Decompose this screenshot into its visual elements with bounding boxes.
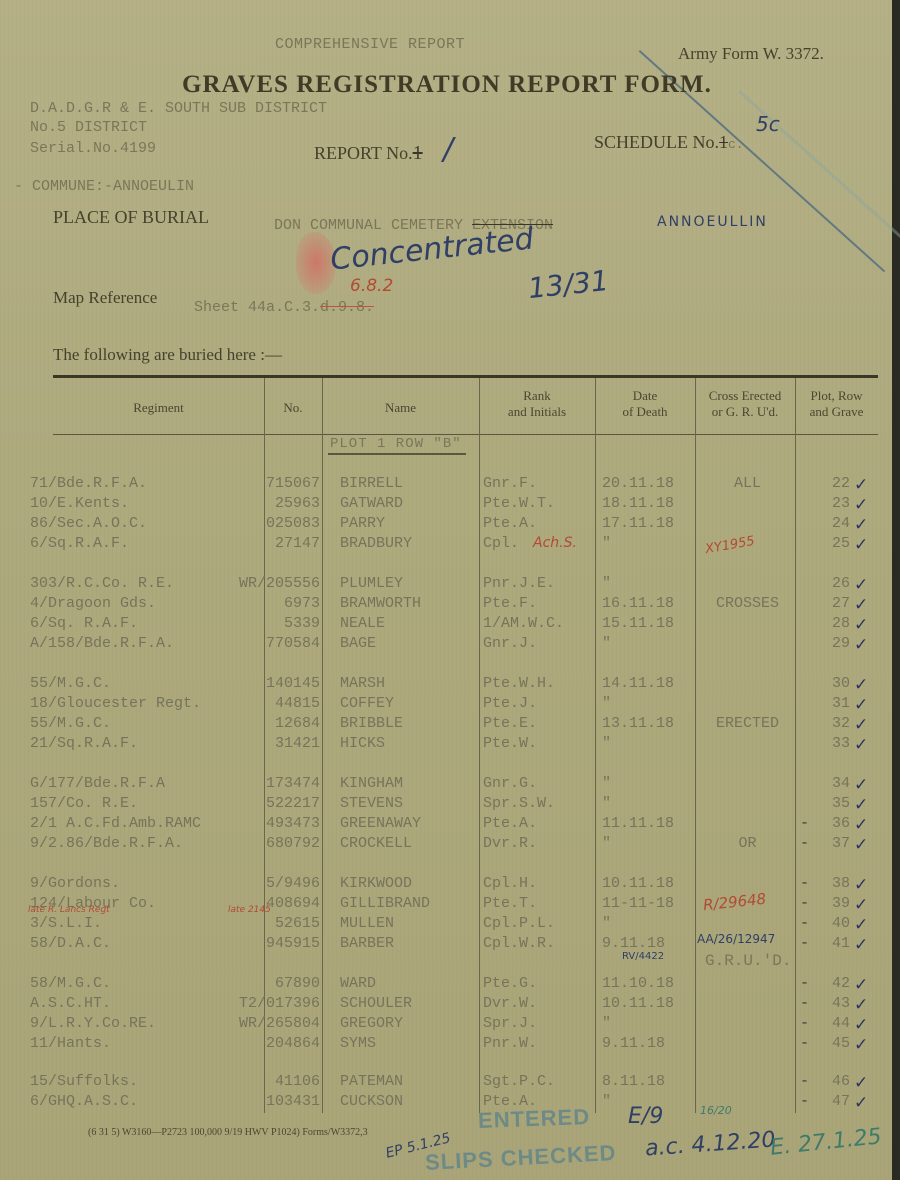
table-row: 6/Sq.R.A.F.27147BRADBURYCpl."25✓	[0, 535, 900, 555]
service-number-cell: 67890	[275, 975, 320, 992]
grave-number-cell: 46	[822, 1073, 850, 1090]
dash-mark: -	[800, 815, 809, 832]
service-number-cell: 5/9496	[266, 875, 320, 892]
check-mark-icon: ✓	[854, 675, 868, 695]
dash-mark: -	[800, 1073, 809, 1090]
regiment-cell: 11/Hants.	[30, 1035, 111, 1052]
regiment-cell: 4/Dragoon Gds.	[30, 595, 156, 612]
table-row: 11/Hants.204864SYMSPnr.W.9.11.18-45✓	[0, 1035, 900, 1055]
check-mark-icon: ✓	[854, 635, 868, 655]
table-row: 10/E.Kents.25963GATWARDPte.W.T.18.11.182…	[0, 495, 900, 515]
service-number-cell: 52615	[275, 915, 320, 932]
regiment-cell: 9/Gordons.	[30, 875, 120, 892]
regiment-cell: 9/L.R.Y.Co.RE.	[30, 1015, 156, 1032]
table-row: 6/GHQ.A.S.C.103431CUCKSONPte.A."-47✓	[0, 1093, 900, 1113]
service-number-cell: 41106	[275, 1073, 320, 1090]
cross-erected-cell: CROSSES	[700, 595, 795, 612]
rank-cell: Gnr.F.	[483, 475, 537, 492]
regiment-cell: 9/2.86/Bde.R.F.A.	[30, 835, 183, 852]
service-number-cell: 12684	[275, 715, 320, 732]
table-row: 303/R.C.Co. R.E.WR/205556PLUMLEYPnr.J.E.…	[0, 575, 900, 595]
name-cell: CROCKELL	[340, 835, 412, 852]
checked-handwriting-2: E. 27.1.25	[769, 1124, 883, 1161]
header-date-line1: Date	[595, 388, 695, 404]
grave-number-cell: 32	[822, 715, 850, 732]
schedule-struck-value: 1	[719, 132, 728, 152]
serial-number: Serial.No.4199	[30, 140, 156, 157]
date-of-death-cell: 9.11.18	[602, 1035, 665, 1052]
check-mark-icon: ✓	[854, 775, 868, 795]
check-mark-icon: ✓	[854, 915, 868, 935]
commune-line: - COMMUNE:-ANNOEULIN	[14, 178, 194, 195]
table-row: 9/L.R.Y.Co.RE.WR/265804GREGORYSpr.J."-44…	[0, 1015, 900, 1035]
rank-cell: Pte.A.	[483, 515, 537, 532]
service-number-cell: 6973	[284, 595, 320, 612]
dash-mark: -	[800, 975, 809, 992]
check-mark-icon: ✓	[854, 615, 868, 635]
rank-cell: Cpl.H.	[483, 875, 537, 892]
service-number-cell: 680792	[266, 835, 320, 852]
concentrated-date: 13/31	[526, 264, 610, 305]
dash-mark: -	[800, 915, 809, 932]
regiment-cell: 10/E.Kents.	[30, 495, 129, 512]
date-of-death-cell: 10.11.18	[602, 995, 674, 1012]
regiment-cell: 6/GHQ.A.S.C.	[30, 1093, 138, 1110]
regiment-cell: 55/M.G.C.	[30, 675, 111, 692]
regiment-cell: 58/M.G.C.	[30, 975, 111, 992]
date-of-death-cell: 15.11.18	[602, 615, 674, 632]
date-of-death-cell: 9.11.18	[602, 935, 665, 952]
grave-number-cell: 24	[822, 515, 850, 532]
date-of-death-cell: 13.11.18	[602, 715, 674, 732]
entered-date: 16/20	[700, 1104, 732, 1117]
regiment-cell: 3/S.L.I.	[30, 915, 102, 932]
rank-cell: Pte.J.	[483, 695, 537, 712]
dash-mark: -	[800, 1015, 809, 1032]
grave-number-cell: 39	[822, 895, 850, 912]
service-number-cell: 522217	[266, 795, 320, 812]
rank-cell: Pte.W.H.	[483, 675, 555, 692]
service-number-cell: 25963	[275, 495, 320, 512]
regiment-cell: 303/R.C.Co. R.E.	[30, 575, 174, 592]
gruid-note: G.R.U.'D.	[705, 952, 791, 970]
check-mark-icon: ✓	[854, 1073, 868, 1093]
name-cell: STEVENS	[340, 795, 403, 812]
schedule-number: SCHEDULE No.1c.	[594, 132, 744, 153]
table-row: 55/M.G.C.140145MARSHPte.W.H.14.11.1830✓	[0, 675, 900, 695]
printer-imprint: (6 31 5) W3160—P2723 100,000 9/19 HWV P1…	[88, 1127, 368, 1138]
check-mark-icon: ✓	[854, 1015, 868, 1035]
table-row: 15/Suffolks.41106PATEMANSgt.P.C.8.11.18-…	[0, 1073, 900, 1093]
report-number: REPORT No.1 /	[314, 132, 453, 167]
service-number-cell: 493473	[266, 815, 320, 832]
check-mark-icon: ✓	[854, 995, 868, 1015]
rank-cell: Pte.G.	[483, 975, 537, 992]
date-of-death-cell: "	[602, 1015, 611, 1032]
rank-cell: Spr.J.	[483, 1015, 537, 1032]
regiment-cell: 71/Bde.R.F.A.	[30, 475, 147, 492]
table-row: 4/Dragoon Gds.6973BRAMWORTHPte.F.16.11.1…	[0, 595, 900, 615]
name-cell: PARRY	[340, 515, 385, 532]
service-number-cell: T2/017396	[239, 995, 320, 1012]
schedule-label: SCHEDULE No.	[594, 132, 719, 152]
place-of-burial-label: PLACE OF BURIAL	[53, 207, 209, 228]
report-struck-value: 1	[413, 142, 423, 164]
service-number-cell: 715067	[266, 475, 320, 492]
header-cross: Cross Erectedor G. R. U'd.	[695, 388, 795, 420]
grave-number-cell: 22	[822, 475, 850, 492]
table-row: A/158/Bde.R.F.A.770584BAGEGnr.J."29✓	[0, 635, 900, 655]
date-of-death-cell: "	[602, 635, 611, 652]
grave-number-cell: 36	[822, 815, 850, 832]
service-number-cell: 945915	[266, 935, 320, 952]
form-title: GRAVES REGISTRATION REPORT FORM.	[182, 71, 712, 99]
service-number-cell: 140145	[266, 675, 320, 692]
regiment-cell: 6/Sq.R.A.F.	[30, 535, 129, 552]
check-mark-icon: ✓	[854, 575, 868, 595]
name-cell: BARBER	[340, 935, 394, 952]
rank-cell: Pnr.W.	[483, 1035, 537, 1052]
rank-cell: Sgt.P.C.	[483, 1073, 555, 1090]
date-of-death-cell: 18.11.18	[602, 495, 674, 512]
grave-number-cell: 37	[822, 835, 850, 852]
name-cell: HICKS	[340, 735, 385, 752]
district-line: No.5 DISTRICT	[30, 119, 147, 136]
date-of-death-cell: 10.11.18	[602, 875, 674, 892]
dash-mark: -	[800, 1093, 809, 1110]
date-of-death-cell: 16.11.18	[602, 595, 674, 612]
check-mark-icon: ✓	[854, 515, 868, 535]
rank-cell: Pte.F.	[483, 595, 537, 612]
table-row: 157/Co. R.E.522217STEVENSSpr.S.W."35✓	[0, 795, 900, 815]
date-of-death-cell: 11.11.18	[602, 815, 674, 832]
date-of-death-cell: "	[602, 695, 611, 712]
date-of-death-cell: 20.11.18	[602, 475, 674, 492]
barber-cross-annotation: AA/26/12947	[697, 932, 775, 946]
name-cell: KIRKWOOD	[340, 875, 412, 892]
slips-checked-stamp: SLIPS CHECKED	[424, 1140, 617, 1176]
rank-cell: Spr.S.W.	[483, 795, 555, 812]
grave-number-cell: 27	[822, 595, 850, 612]
header-regiment: Regiment	[53, 400, 264, 416]
grave-number-cell: 35	[822, 795, 850, 812]
date-of-death-cell: "	[602, 795, 611, 812]
map-struck-ref: d.9.8.	[320, 299, 374, 316]
cross-erected-cell: OR	[700, 835, 795, 852]
check-mark-icon: ✓	[854, 695, 868, 715]
check-mark-icon: ✓	[854, 1093, 868, 1113]
name-cell: PLUMLEY	[340, 575, 403, 592]
grave-number-cell: 29	[822, 635, 850, 652]
check-mark-icon: ✓	[854, 875, 868, 895]
check-mark-icon: ✓	[854, 495, 868, 515]
grave-number-cell: 45	[822, 1035, 850, 1052]
name-cell: PATEMAN	[340, 1073, 403, 1090]
grave-number-cell: 23	[822, 495, 850, 512]
name-cell: GATWARD	[340, 495, 403, 512]
regiment-cell: 2/1 A.C.Fd.Amb.RAMC	[30, 815, 201, 832]
checked-handwriting: a.c. 4.12.20	[644, 1127, 776, 1161]
rank-cell: Pte.W.	[483, 735, 537, 752]
name-cell: NEALE	[340, 615, 385, 632]
regiment-cell: 157/Co. R.E.	[30, 795, 138, 812]
date-of-death-cell: 11.10.18	[602, 975, 674, 992]
regiment-cell: G/177/Bde.R.F.A	[30, 775, 165, 792]
grave-number-cell: 25	[822, 535, 850, 552]
header-date: Dateof Death	[595, 388, 695, 420]
name-cell: SCHOULER	[340, 995, 412, 1012]
name-cell: CUCKSON	[340, 1093, 403, 1110]
map-sheet: Sheet 44a.C.3.	[194, 299, 320, 316]
name-cell: MARSH	[340, 675, 385, 692]
name-cell: MULLEN	[340, 915, 394, 932]
check-mark-icon: ✓	[854, 535, 868, 555]
rank-cell: Pte.W.T.	[483, 495, 555, 512]
check-mark-icon: ✓	[854, 1035, 868, 1055]
bradbury-rank-annotation: Ach.S.	[533, 535, 577, 551]
map-correction: 6.8.2	[350, 276, 393, 296]
dash-mark: -	[800, 1035, 809, 1052]
dash-mark: -	[800, 895, 809, 912]
check-mark-icon: ✓	[854, 975, 868, 995]
table-row: 18/Gloucester Regt.44815COFFEYPte.J."31✓	[0, 695, 900, 715]
map-reference-label: Map Reference	[53, 288, 157, 308]
header-grave: Plot, Rowand Grave	[795, 388, 878, 420]
service-number-cell: WR/265804	[239, 1015, 320, 1032]
cross-erected-cell: ALL	[700, 475, 795, 492]
regiment-cell: 55/M.G.C.	[30, 715, 111, 732]
plot-row-label: PLOT 1 ROW "B"	[328, 436, 466, 455]
office-line: D.A.D.G.R & E. SOUTH SUB DISTRICT	[30, 100, 327, 117]
name-cell: BIRRELL	[340, 475, 403, 492]
rank-cell: Cpl.	[483, 535, 519, 552]
name-cell: BRADBURY	[340, 535, 412, 552]
name-cell: WARD	[340, 975, 376, 992]
report-handwritten-value: /	[443, 132, 453, 167]
rank-cell: Pnr.J.E.	[483, 575, 555, 592]
regiment-cell: 15/Suffolks.	[30, 1073, 138, 1090]
schedule-suffix: c.	[728, 137, 744, 152]
table-row: 21/Sq.R.A.F.31421HICKSPte.W."33✓	[0, 735, 900, 755]
regiment-cell: 6/Sq. R.A.F.	[30, 615, 138, 632]
rank-cell: Gnr.J.	[483, 635, 537, 652]
header-cross-line1: Cross Erected	[695, 388, 795, 404]
comprehensive-report-label: COMPREHENSIVE REPORT	[275, 36, 465, 53]
header-no: No.	[264, 400, 322, 416]
grave-number-cell: 26	[822, 575, 850, 592]
date-of-death-cell: 14.11.18	[602, 675, 674, 692]
regiment-cell: A/158/Bde.R.F.A.	[30, 635, 174, 652]
dash-mark: -	[800, 875, 809, 892]
dash-mark: -	[800, 935, 809, 952]
check-mark-icon: ✓	[854, 475, 868, 495]
date-of-death-cell: "	[602, 835, 611, 852]
grave-number-cell: 44	[822, 1015, 850, 1032]
table-row: 86/Sec.A.O.C.025083PARRYPte.A.17.11.1824…	[0, 515, 900, 535]
service-number-cell: 204864	[266, 1035, 320, 1052]
table-row: 2/1 A.C.Fd.Amb.RAMC493473GREENAWAYPte.A.…	[0, 815, 900, 835]
service-number-cell: 770584	[266, 635, 320, 652]
table-header-rule	[53, 434, 878, 435]
name-cell: BRAMWORTH	[340, 595, 421, 612]
service-number-cell: 103431	[266, 1093, 320, 1110]
table-row: 6/Sq. R.A.F.5339NEALE1/AM.W.C.15.11.1828…	[0, 615, 900, 635]
check-mark-icon: ✓	[854, 715, 868, 735]
table-top-rule	[53, 375, 878, 378]
service-number-cell: 31421	[275, 735, 320, 752]
service-number-cell: 27147	[275, 535, 320, 552]
grave-number-cell: 42	[822, 975, 850, 992]
entered-stamp: ENTERED	[478, 1104, 591, 1134]
service-number-cell: 025083	[266, 515, 320, 532]
name-cell: SYMS	[340, 1035, 376, 1052]
rank-cell: Cpl.P.L.	[483, 915, 555, 932]
grave-number-cell: 30	[822, 675, 850, 692]
grave-number-cell: 31	[822, 695, 850, 712]
check-mark-icon: ✓	[854, 835, 868, 855]
header-cross-line2: or G. R. U'd.	[695, 404, 795, 420]
header-name: Name	[322, 400, 479, 416]
table-row: G/177/Bde.R.F.A173474KINGHAMGnr.G."34✓	[0, 775, 900, 795]
header-grave-line1: Plot, Row	[795, 388, 878, 404]
date-of-death-cell: "	[602, 1093, 611, 1110]
table-row: 71/Bde.R.F.A.715067BIRRELLGnr.F.20.11.18…	[0, 475, 900, 495]
grave-number-cell: 41	[822, 935, 850, 952]
check-mark-icon: ✓	[854, 815, 868, 835]
check-mark-icon: ✓	[854, 735, 868, 755]
buried-here-label: The following are buried here :—	[53, 345, 282, 365]
army-form-number: Army Form W. 3372.	[678, 44, 824, 64]
barber-date-annotation: RV/4422	[622, 951, 664, 962]
service-number-cell: WR/205556	[239, 575, 320, 592]
name-cell: GREENAWAY	[340, 815, 421, 832]
rank-cell: Dvr.W.	[483, 995, 537, 1012]
check-mark-icon: ✓	[854, 795, 868, 815]
name-cell: KINGHAM	[340, 775, 403, 792]
place-handwritten: ANNOEULLIN	[657, 214, 768, 230]
regiment-cell: 18/Gloucester Regt.	[30, 695, 201, 712]
date-of-death-cell: 8.11.18	[602, 1073, 665, 1090]
grave-number-cell: 28	[822, 615, 850, 632]
grave-number-cell: 43	[822, 995, 850, 1012]
rank-cell: Gnr.G.	[483, 775, 537, 792]
rank-cell: Pte.E.	[483, 715, 537, 732]
name-cell: BRIBBLE	[340, 715, 403, 732]
name-cell: GREGORY	[340, 1015, 403, 1032]
table-row: A.S.C.HT.T2/017396SCHOULERDvr.W.10.11.18…	[0, 995, 900, 1015]
report-label: REPORT No.	[314, 143, 413, 163]
regiment-cell: 58/D.A.C.	[30, 935, 111, 952]
service-number-cell: 408694	[266, 895, 320, 912]
schedule-handwritten-value: 5c	[756, 112, 780, 136]
date-of-death-cell: "	[602, 775, 611, 792]
header-rank-line1: Rank	[479, 388, 595, 404]
date-of-death-cell: "	[602, 735, 611, 752]
grave-number-cell: 38	[822, 875, 850, 892]
grave-number-cell: 40	[822, 915, 850, 932]
check-mark-icon: ✓	[854, 895, 868, 915]
date-of-death-cell: "	[602, 575, 611, 592]
regiment-cell: 21/Sq.R.A.F.	[30, 735, 138, 752]
name-cell: GILLIBRAND	[340, 895, 430, 912]
grave-number-cell: 34	[822, 775, 850, 792]
dash-mark: -	[800, 835, 809, 852]
check-mark-icon: ✓	[854, 935, 868, 955]
rank-cell: Dvr.R.	[483, 835, 537, 852]
table-row: 55/M.G.C.12684BRIBBLEPte.E.13.11.18ERECT…	[0, 715, 900, 735]
service-number-cell: 173474	[266, 775, 320, 792]
service-number-cell: 5339	[284, 615, 320, 632]
rank-cell: Pte.A.	[483, 815, 537, 832]
date-of-death-cell: "	[602, 915, 611, 932]
name-cell: BAGE	[340, 635, 376, 652]
rank-cell: Pte.T.	[483, 895, 537, 912]
check-mark-icon: ✓	[854, 595, 868, 615]
gillibrand-regt-annotation: late R. Lancs Regt	[28, 905, 110, 915]
header-grave-line2: and Grave	[795, 404, 878, 420]
entered-handwriting: E/9	[628, 1104, 663, 1129]
grave-number-cell: 33	[822, 735, 850, 752]
rank-cell: 1/AM.W.C.	[483, 615, 564, 632]
gillibrand-no-annotation: late 2145	[228, 905, 271, 915]
grave-number-cell: 47	[822, 1093, 850, 1110]
service-number-cell: 44815	[275, 695, 320, 712]
date-of-death-cell: "	[602, 535, 611, 552]
date-of-death-cell: 17.11.18	[602, 515, 674, 532]
header-rank-line2: and Initials	[479, 404, 595, 420]
dash-mark: -	[800, 995, 809, 1012]
map-reference-value: Sheet 44a.C.3.d.9.8.	[194, 299, 374, 316]
header-rank: Rankand Initials	[479, 388, 595, 420]
date-of-death-cell: 11-11-18	[602, 895, 674, 912]
name-cell: COFFEY	[340, 695, 394, 712]
regiment-cell: A.S.C.HT.	[30, 995, 111, 1012]
regiment-cell: 86/Sec.A.O.C.	[30, 515, 147, 532]
table-row: 58/M.G.C.67890WARDPte.G.11.10.18-42✓	[0, 975, 900, 995]
graves-registration-form: COMPREHENSIVE REPORT Army Form W. 3372. …	[0, 0, 900, 1180]
table-row: 9/2.86/Bde.R.F.A.680792CROCKELLDvr.R."OR…	[0, 835, 900, 855]
header-date-line2: of Death	[595, 404, 695, 420]
cross-erected-cell: ERECTED	[700, 715, 795, 732]
rank-cell: Cpl.W.R.	[483, 935, 555, 952]
